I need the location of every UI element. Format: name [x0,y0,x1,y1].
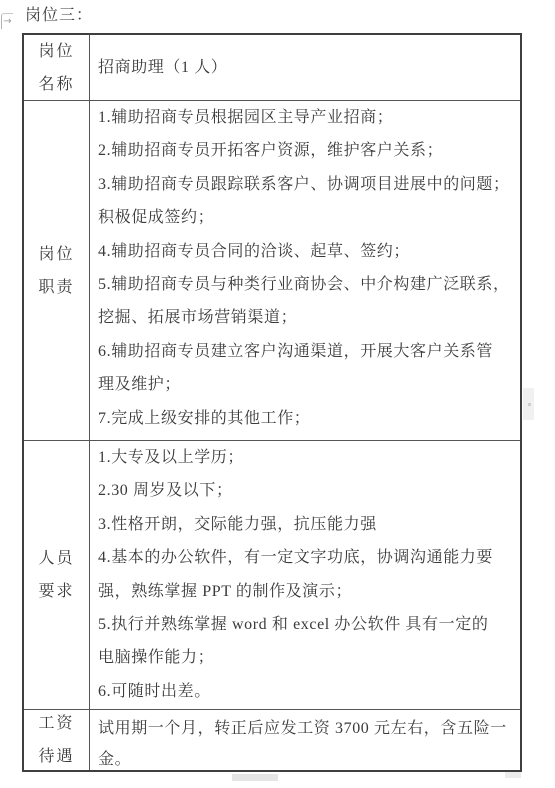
content-line: 2.辅助招商专员开拓客户资源，维护客户关系； [98,134,518,167]
content-line: 理及维护； [98,368,518,401]
content-line: 5.执行并熟练掌握 word 和 excel 办公软件 具有一定的 [98,608,518,641]
content-line: 招商助理（1 人） [98,51,518,84]
scan-artifact [505,772,521,778]
content-line: 1.大专及以上学历； [98,441,518,474]
scan-artifact [232,774,278,781]
cell-duties: 1.辅助招商专员根据园区主导产业招商；2.辅助招商专员开拓客户资源，维护客户关系… [90,101,520,440]
row-label-requirements: 人员 要求 [24,441,90,709]
row-label-position-name: 岗位 名称 [24,35,90,100]
content-line: 6.可随时出差。 [98,675,518,708]
table-row-requirements: 人员 要求 1.大专及以上学历；2.30 周岁及以下；3.性格开朗，交际能力强，… [24,441,520,710]
table-row-position-name: 岗位 名称 招商助理（1 人） [24,35,520,101]
content-line: 试用期一个月，转正后应发工资 3700 元左右，含五险一 [98,713,518,744]
table-row-duties: 岗位 职责 1.辅助招商专员根据园区主导产业招商；2.辅助招商专员开拓客户资源，… [24,101,520,441]
content-line: 5.辅助招商专员与种类行业商协会、中介构建广泛联系， [98,268,518,301]
content-line: 6.辅助招商专员建立客户沟通渠道，开展大客户关系管 [98,335,518,368]
content-line: 2.30 周岁及以下； [98,474,518,507]
content-line: 3.辅助招商专员跟踪联系客户、协调项目进展中的问题； [98,168,518,201]
cell-salary: 试用期一个月，转正后应发工资 3700 元左右，含五险一金。 [90,710,520,770]
label-line: 工资 [38,707,74,740]
content-line: 3.性格开朗，交际能力强，抗压能力强 [98,508,518,541]
label-line: 岗位 [38,35,74,68]
label-line: 待遇 [38,740,74,773]
document-page: → 岗位三： 岗位 名称 招商助理（1 人） 岗位 职责 1.辅助招商专员根据园… [0,0,555,788]
content-line: 挖掘、拓展市场营销渠道； [98,301,518,334]
content-line: 4.辅助招商专员合同的洽谈、起草、签约； [98,235,518,268]
content-line: 积极促成签约； [98,201,518,234]
label-line: 要求 [38,575,74,608]
content-line: 7.完成上级安排的其他工作； [98,402,518,435]
content-line: 1.辅助招商专员根据园区主导产业招商； [98,101,518,134]
row-label-salary: 工资 待遇 [24,710,90,770]
label-line: 人员 [38,542,74,575]
content-line: 电脑操作能力； [98,641,518,674]
label-line: 名称 [38,68,74,101]
row-label-duties: 岗位 职责 [24,101,90,440]
cell-requirements: 1.大专及以上学历；2.30 周岁及以下；3.性格开朗，交际能力强，抗压能力强4… [90,441,520,709]
job-position-table: 岗位 名称 招商助理（1 人） 岗位 职责 1.辅助招商专员根据园区主导产业招商… [22,33,522,772]
cell-position-name: 招商助理（1 人） [90,35,520,100]
content-line: 4.基本的办公软件，有一定文字功底，协调沟通能力要 [98,541,518,574]
page-title: 岗位三： [25,5,93,27]
paragraph-format-mark-icon: → [1,13,13,29]
content-line: 强，熟练掌握 PPT 的制作及演示； [98,575,518,608]
content-line: 金。 [98,744,518,770]
scan-artifact [528,403,531,406]
label-line: 职责 [38,271,74,304]
table-row-salary: 工资 待遇 试用期一个月，转正后应发工资 3700 元左右，含五险一金。 [24,710,520,770]
label-line: 岗位 [38,238,74,271]
